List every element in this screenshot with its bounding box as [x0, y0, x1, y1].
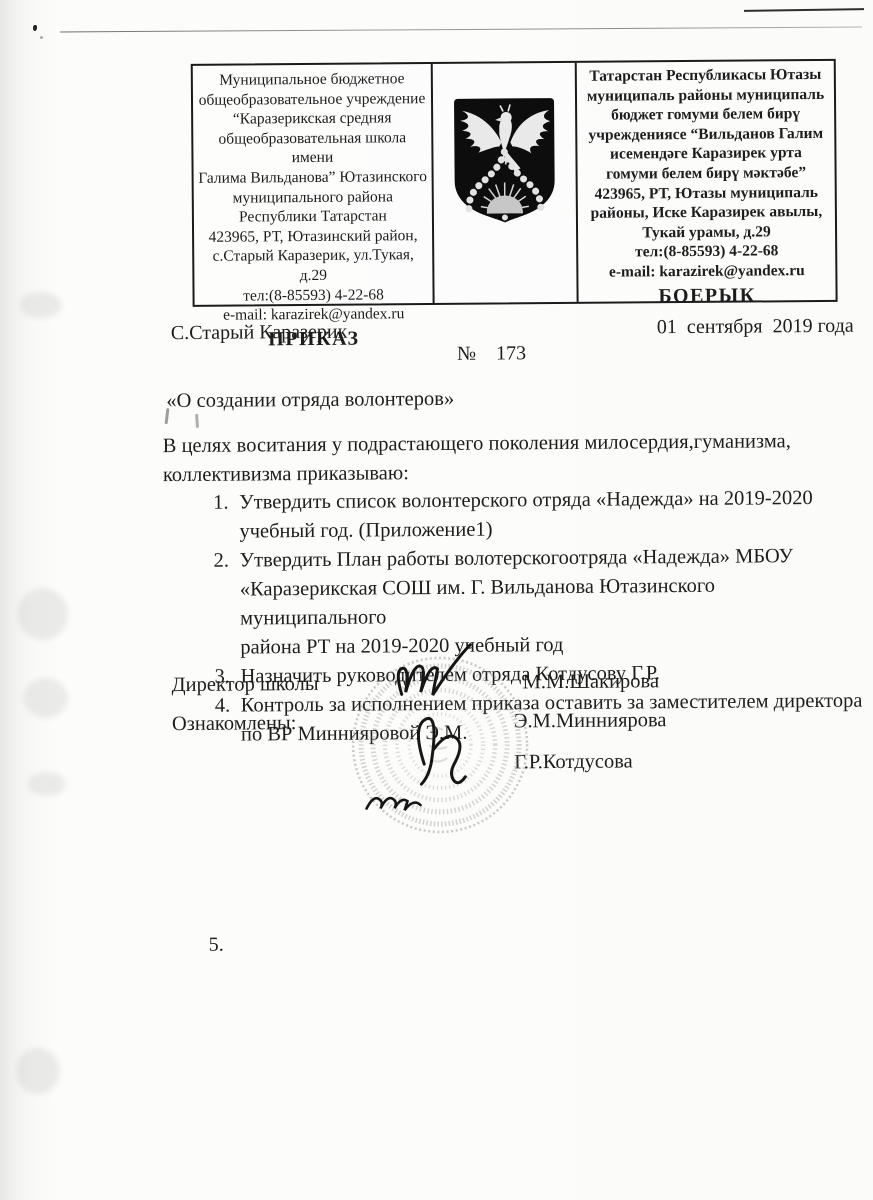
drop-finial: [502, 214, 508, 220]
number-value: 173: [496, 342, 526, 364]
trailing-item-number: 5.: [209, 934, 224, 957]
acknowledged-label: Ознакомлены:: [172, 712, 297, 736]
org-name-tatar: Татарстан Республикасы Ютазы муниципаль …: [579, 65, 834, 283]
pen-mark: [195, 414, 198, 428]
document-subject: «О создании отряда волонтеров»: [166, 388, 454, 413]
item-text: Утвердить План работы волотерскогоотряда…: [240, 542, 865, 663]
signature-name-shakirova: М.М.Шакирова: [523, 670, 660, 694]
item-number: 1.: [213, 489, 239, 547]
letterhead-right-cell-tatar: Татарстан Республикасы Ютазы муниципаль …: [577, 61, 836, 302]
letterhead-table: Муниципальное бюджетное общеобразователь…: [191, 59, 838, 307]
director-label: Директор школы: [172, 673, 319, 697]
signature-name-kotdusova: Г.Р.Котдусова: [514, 750, 633, 774]
document-place: С.Старый Каразерик: [171, 321, 348, 345]
document-date: 01 сентября 2019 года: [657, 315, 854, 340]
order-item-1: 1. Утвердить список волонтерского отряда…: [183, 484, 863, 547]
number-sign: №: [457, 343, 476, 365]
document-content: Муниципальное бюджетное общеобразователь…: [0, 0, 873, 1200]
org-name-russian: Муниципальное бюджетное общеобразователь…: [196, 69, 430, 326]
order-item-2: 2. Утвердить План работы волотерскогоотр…: [184, 542, 865, 663]
document-type-tatar: БОЕРЫК: [580, 283, 833, 308]
coat-of-arms-icon: [452, 96, 557, 223]
item-text: Утвердить список волонтерского отряда «Н…: [239, 484, 813, 547]
signature-name-minniyarova: Э.М.Минниярова: [514, 709, 667, 733]
signature-kotdusova-ink: [366, 798, 420, 811]
preamble-paragraph: В целях воситания у подрастающего поколе…: [163, 427, 873, 491]
letterhead-emblem-cell: [433, 63, 579, 303]
scanned-document-page: Муниципальное бюджетное общеобразователь…: [0, 0, 873, 1200]
document-number: №173: [427, 319, 527, 389]
item-number: 2.: [214, 547, 241, 663]
letterhead-left-cell-russian: Муниципальное бюджетное общеобразователь…: [193, 64, 435, 305]
